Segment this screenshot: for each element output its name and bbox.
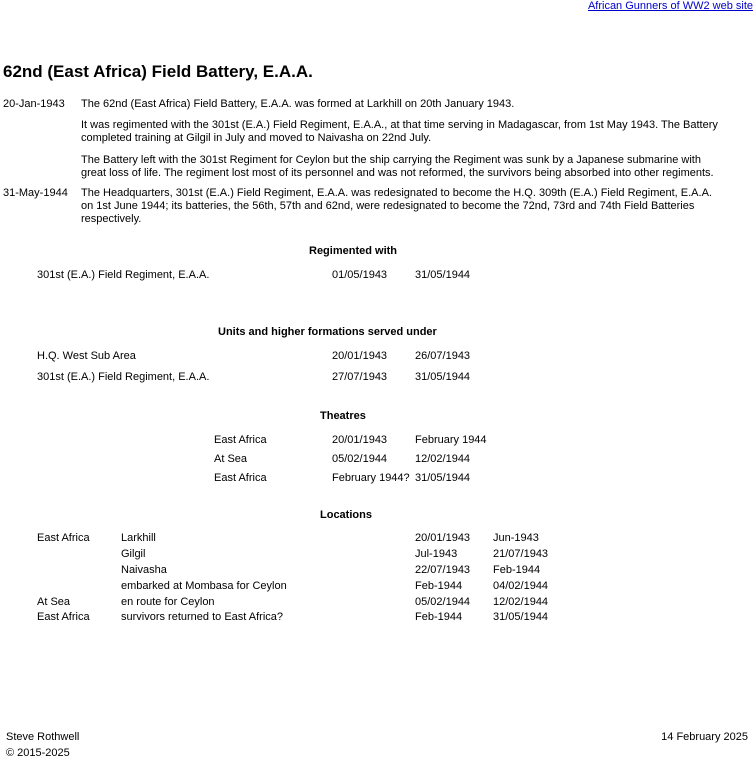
location-to: 04/02/1944 xyxy=(493,580,548,592)
location-place: survivors returned to East Africa? xyxy=(121,611,283,623)
theatre-name: At Sea xyxy=(214,453,247,465)
theatre-name: East Africa xyxy=(214,472,267,484)
history-text: The 62nd (East Africa) Field Battery, E.… xyxy=(81,98,721,111)
location-place: embarked at Mombasa for Ceylon xyxy=(121,580,287,592)
location-region: At Sea xyxy=(37,596,70,608)
history-text: The Headquarters, 301st (E.A.) Field Reg… xyxy=(81,187,721,226)
location-region: East Africa xyxy=(37,532,90,544)
history-date: 31-May-1944 xyxy=(3,187,68,199)
history-text: The Battery left with the 301st Regiment… xyxy=(81,154,721,180)
footer-date: 14 February 2025 xyxy=(661,731,748,743)
regimented-from: 01/05/1943 xyxy=(332,269,387,281)
location-from: Feb-1944 xyxy=(415,580,462,592)
formation-from: 27/07/1943 xyxy=(332,371,387,383)
location-from: 20/01/1943 xyxy=(415,532,470,544)
theatre-to: February 1944 xyxy=(415,434,487,446)
theatre-name: East Africa xyxy=(214,434,267,446)
formation-to: 26/07/1943 xyxy=(415,350,470,362)
history-text: It was regimented with the 301st (E.A.) … xyxy=(81,119,721,145)
location-region: East Africa xyxy=(37,611,90,623)
section-heading-theatres: Theatres xyxy=(320,410,366,422)
formation-from: 20/01/1943 xyxy=(332,350,387,362)
location-to: Jun-1943 xyxy=(493,532,539,544)
location-to: Feb-1944 xyxy=(493,564,540,576)
regimented-to: 31/05/1944 xyxy=(415,269,470,281)
location-to: 12/02/1944 xyxy=(493,596,548,608)
section-heading-locations: Locations xyxy=(320,509,372,521)
location-place: Larkhill xyxy=(121,532,156,544)
theatre-to: 12/02/1944 xyxy=(415,453,470,465)
footer-copyright: © 2015-2025 xyxy=(6,747,70,759)
theatre-from: 05/02/1944 xyxy=(332,453,387,465)
formation-unit: H.Q. West Sub Area xyxy=(37,350,136,362)
history-date: 20-Jan-1943 xyxy=(3,98,65,110)
footer-author: Steve Rothwell xyxy=(6,731,79,743)
location-place: Naivasha xyxy=(121,564,167,576)
location-from: Jul-1943 xyxy=(415,548,457,560)
location-from: Feb-1944 xyxy=(415,611,462,623)
section-heading-formations: Units and higher formations served under xyxy=(218,326,437,338)
theatre-from: February 1944? xyxy=(332,472,410,484)
location-to: 31/05/1944 xyxy=(493,611,548,623)
page-title: 62nd (East Africa) Field Battery, E.A.A. xyxy=(3,62,313,82)
formation-to: 31/05/1944 xyxy=(415,371,470,383)
theatre-to: 31/05/1944 xyxy=(415,472,470,484)
location-from: 22/07/1943 xyxy=(415,564,470,576)
theatre-from: 20/01/1943 xyxy=(332,434,387,446)
location-to: 21/07/1943 xyxy=(493,548,548,560)
formation-unit: 301st (E.A.) Field Regiment, E.A.A. xyxy=(37,371,209,383)
section-heading-regimented: Regimented with xyxy=(309,245,397,257)
location-from: 05/02/1944 xyxy=(415,596,470,608)
site-home-link[interactable]: African Gunners of WW2 web site xyxy=(588,0,753,12)
regimented-unit: 301st (E.A.) Field Regiment, E.A.A. xyxy=(37,269,209,281)
location-place: Gilgil xyxy=(121,548,145,560)
location-place: en route for Ceylon xyxy=(121,596,215,608)
